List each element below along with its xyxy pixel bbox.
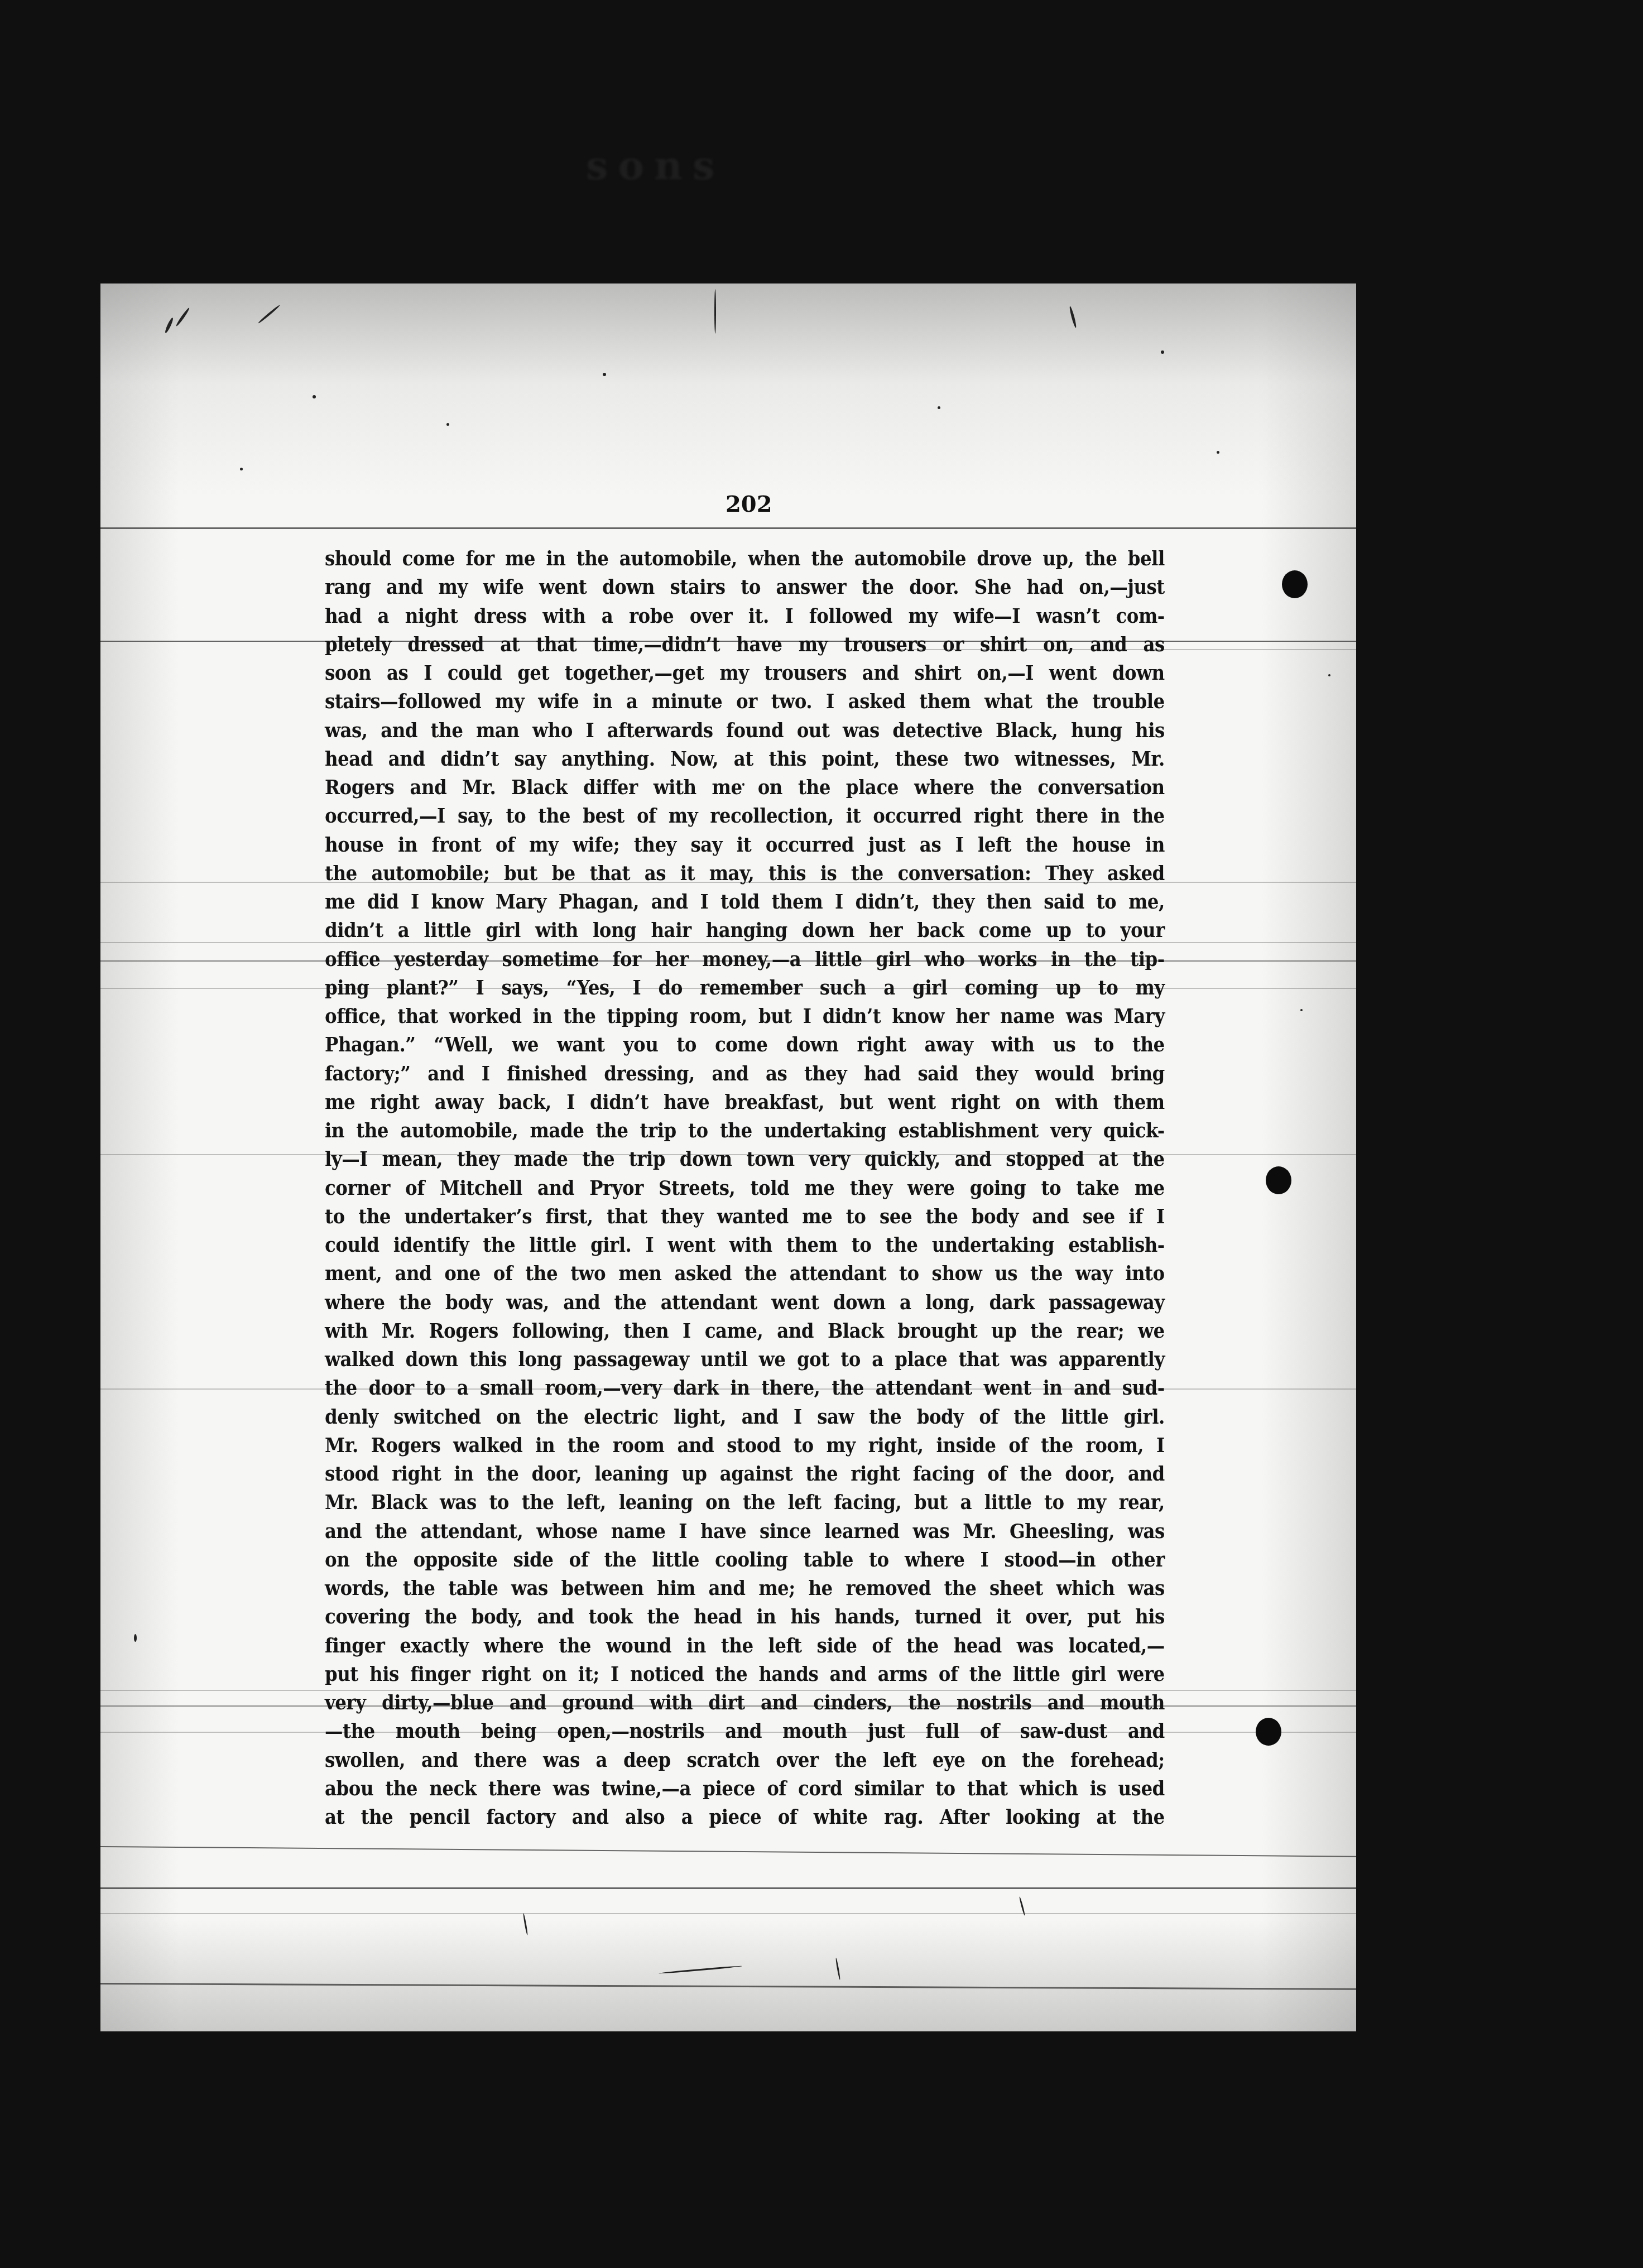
dust-speck — [523, 1913, 529, 1935]
ghost-imprint: sons — [586, 142, 724, 189]
scratch-line — [100, 1887, 1356, 1889]
document-page: 202 should come for me in the automobile… — [100, 283, 1356, 2031]
dust-speck — [938, 406, 940, 409]
text-line: very dirty,—blue and ground with dirt an… — [325, 1689, 1165, 1717]
punch-hole — [1256, 1718, 1281, 1746]
text-line: swollen, and there was a deep scratch ov… — [325, 1746, 1165, 1775]
text-line: Phagan.” “Well, we want you to come down… — [325, 1031, 1165, 1059]
text-line: pletely dressed at that time,—didn’t hav… — [325, 631, 1165, 659]
text-line: head and didn’t say anything. Now, at th… — [325, 745, 1165, 773]
dust-speck — [134, 1634, 137, 1642]
dust-speck — [1069, 306, 1077, 328]
punch-hole — [1282, 570, 1308, 598]
text-line: in the automobile, made the trip to the … — [325, 1117, 1165, 1145]
dust-speck — [240, 468, 243, 470]
text-line: was, and the man who I afterwards found … — [325, 717, 1165, 745]
text-line: on the opposite side of the little cooli… — [325, 1546, 1165, 1574]
text-line: finger exactly where the wound in the le… — [325, 1632, 1165, 1660]
dust-speck — [258, 304, 281, 324]
text-line: had a night dress with a robe over it. I… — [325, 602, 1165, 631]
text-line: me right away back, I didn’t have breakf… — [325, 1088, 1165, 1117]
text-line: abou the neck there was twine,—a piece o… — [325, 1775, 1165, 1803]
text-line: house in front of my wife; they say it o… — [325, 831, 1165, 859]
text-line: soon as I could get together,—get my tro… — [325, 659, 1165, 688]
text-line: should come for me in the automobile, wh… — [325, 545, 1165, 573]
dust-speck — [313, 395, 316, 398]
text-line: to the undertaker’s first, that they wan… — [325, 1203, 1165, 1231]
text-line: and the attendant, whose name I have sin… — [325, 1517, 1165, 1546]
text-line: —the mouth being open,—nostrils and mout… — [325, 1717, 1165, 1746]
text-line: ly—I mean, they made the trip down town … — [325, 1145, 1165, 1174]
dust-speck — [1161, 350, 1164, 354]
scratch-line — [100, 1846, 1356, 1857]
text-line: Rogers and Mr. Black differ with me on t… — [325, 773, 1165, 802]
dust-speck — [1328, 674, 1330, 676]
text-line: rang and my wife went down stairs to ans… — [325, 573, 1165, 602]
text-line: at the pencil factory and also a piece o… — [325, 1803, 1165, 1832]
text-line: the automobile; but be that as it may, t… — [325, 859, 1165, 888]
text-line: with Mr. Rogers following, then I came, … — [325, 1317, 1165, 1346]
dust-speck — [1300, 1009, 1303, 1011]
text-line: factory;” and I finished dressing, and a… — [325, 1060, 1165, 1088]
scratch-line — [100, 1913, 1356, 1914]
header-rule — [100, 527, 1356, 529]
text-line: denly switched on the electric light, an… — [325, 1403, 1165, 1431]
text-line: office yesterday sometime for her money,… — [325, 945, 1165, 974]
punch-hole — [1266, 1166, 1291, 1194]
scratch-line — [100, 1983, 1356, 1990]
text-line: the door to a small room,—very dark in t… — [325, 1374, 1165, 1402]
text-line: office, that worked in the tipping room,… — [325, 1002, 1165, 1031]
dust-speck — [1217, 451, 1219, 454]
text-line: stairs—followed my wife in a minute or t… — [325, 688, 1165, 716]
text-line: covering the body, and took the head in … — [325, 1603, 1165, 1631]
text-line: Mr. Rogers walked in the room and stood … — [325, 1431, 1165, 1460]
text-line: words, the table was between him and me;… — [325, 1574, 1165, 1603]
dust-speck — [446, 423, 449, 426]
dust-speck — [164, 317, 174, 334]
page-number: 202 — [726, 491, 770, 517]
dust-speck — [175, 307, 190, 327]
text-line: occurred,—I say, to the best of my recol… — [325, 802, 1165, 830]
text-line: where the body was, and the attendant we… — [325, 1289, 1165, 1317]
dust-speck — [659, 1965, 742, 1974]
text-line: could identify the little girl. I went w… — [325, 1231, 1165, 1260]
text-line: Mr. Black was to the left, leaning on th… — [325, 1488, 1165, 1517]
text-line: put his finger right on it; I noticed th… — [325, 1660, 1165, 1689]
dust-speck — [603, 373, 606, 376]
body-text: should come for me in the automobile, wh… — [325, 545, 1165, 1832]
text-line: stood right in the door, leaning up agai… — [325, 1460, 1165, 1488]
text-line: didn’t a little girl with long hair hang… — [325, 916, 1165, 945]
text-line: corner of Mitchell and Pryor Streets, to… — [325, 1174, 1165, 1203]
text-line: ment, and one of the two men asked the a… — [325, 1260, 1165, 1288]
text-line: me did I know Mary Phagan, and I told th… — [325, 888, 1165, 916]
text-line: walked down this long passageway until w… — [325, 1346, 1165, 1374]
text-line: ping plant?” I says, “Yes, I do remember… — [325, 974, 1165, 1002]
dust-speck — [714, 289, 716, 334]
dust-speck — [835, 1958, 841, 1980]
